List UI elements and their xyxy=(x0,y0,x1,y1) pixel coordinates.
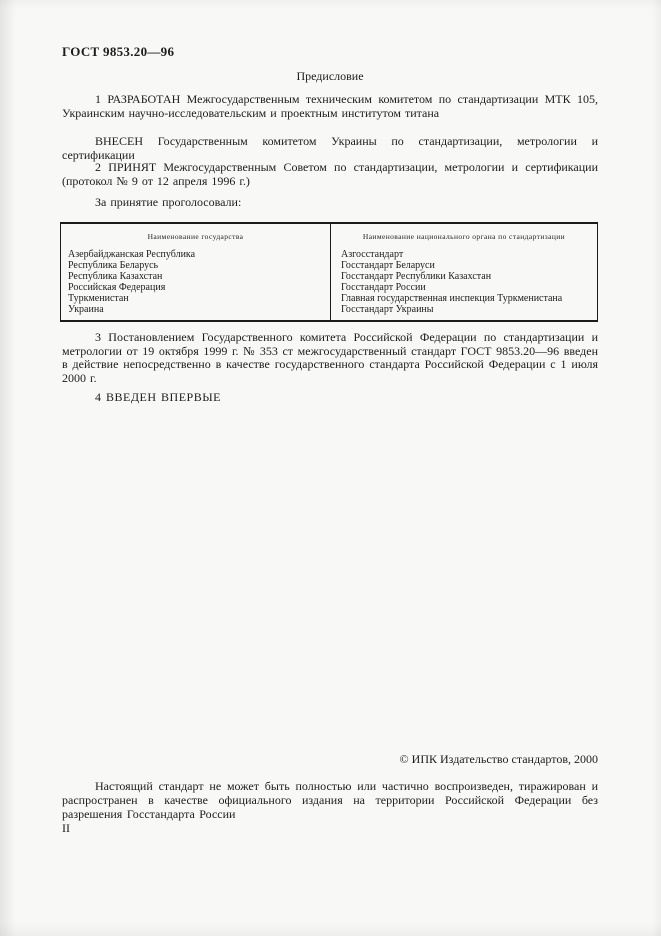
legal-notice: Настоящий стандарт не может быть полност… xyxy=(62,779,598,821)
state-name-cell: Республика Беларусь xyxy=(61,260,331,271)
document-code: ГОСТ 9853.20—96 xyxy=(62,44,598,60)
standards-body-cell: Госстандарт Украины xyxy=(331,304,597,320)
copyright-line: © ИПК Издательство стандартов, 2000 xyxy=(62,752,598,767)
page-number: II xyxy=(62,821,598,836)
paragraph-developed: 1 РАЗРАБОТАН Межгосударственным техничес… xyxy=(62,93,598,120)
table-row: Азербайджанская РеспубликаАзгосстандарт xyxy=(61,249,597,260)
preface-title: Предисловие xyxy=(62,69,598,84)
state-name-cell: Российская Федерация xyxy=(61,282,331,293)
state-name-cell: Республика Казахстан xyxy=(61,271,331,282)
table-row: Российская ФедерацияГосстандарт России xyxy=(61,282,597,293)
state-name-cell: Украина xyxy=(61,304,331,320)
table-row: ТуркменистанГлавная государственная инсп… xyxy=(61,293,597,304)
table-row: Республика БеларусьГосстандарт Беларуси xyxy=(61,260,597,271)
vote-table-header-row: Наименование государства Наименование на… xyxy=(61,224,597,249)
paragraph-vote-intro: За принятие проголосовали: xyxy=(62,196,598,210)
paragraph-decree: 3 Постановлением Государственного комите… xyxy=(62,331,598,385)
document-page: ГОСТ 9853.20—96 Предисловие 1 РАЗРАБОТАН… xyxy=(0,0,661,936)
table-row: УкраинаГосстандарт Украины xyxy=(61,304,597,320)
paragraph-first-time: 4 ВВЕДЕН ВПЕРВЫЕ xyxy=(62,391,598,405)
vote-table-header-state: Наименование государства xyxy=(61,224,331,249)
table-row: Республика КазахстанГосстандарт Республи… xyxy=(61,271,597,282)
standards-body-cell: Госстандарт Беларуси xyxy=(331,260,597,271)
state-name-cell: Туркменистан xyxy=(61,293,331,304)
vote-table: Наименование государства Наименование на… xyxy=(60,222,598,322)
state-name-cell: Азербайджанская Республика xyxy=(61,249,331,260)
paragraph-adopted: 2 ПРИНЯТ Межгосударственным Советом по с… xyxy=(62,161,598,188)
paragraph-submitted: ВНЕСЕН Государственным комитетом Украины… xyxy=(62,135,598,162)
standards-body-cell: Азгосстандарт xyxy=(331,249,597,260)
vote-table-header-body: Наименование национального органа по ста… xyxy=(331,224,597,249)
standards-body-cell: Госстандарт России xyxy=(331,282,597,293)
vote-table-body: Азербайджанская РеспубликаАзгосстандартР… xyxy=(61,249,597,320)
standards-body-cell: Главная государственная инспекция Туркме… xyxy=(331,293,597,304)
standards-body-cell: Госстандарт Республики Казахстан xyxy=(331,271,597,282)
